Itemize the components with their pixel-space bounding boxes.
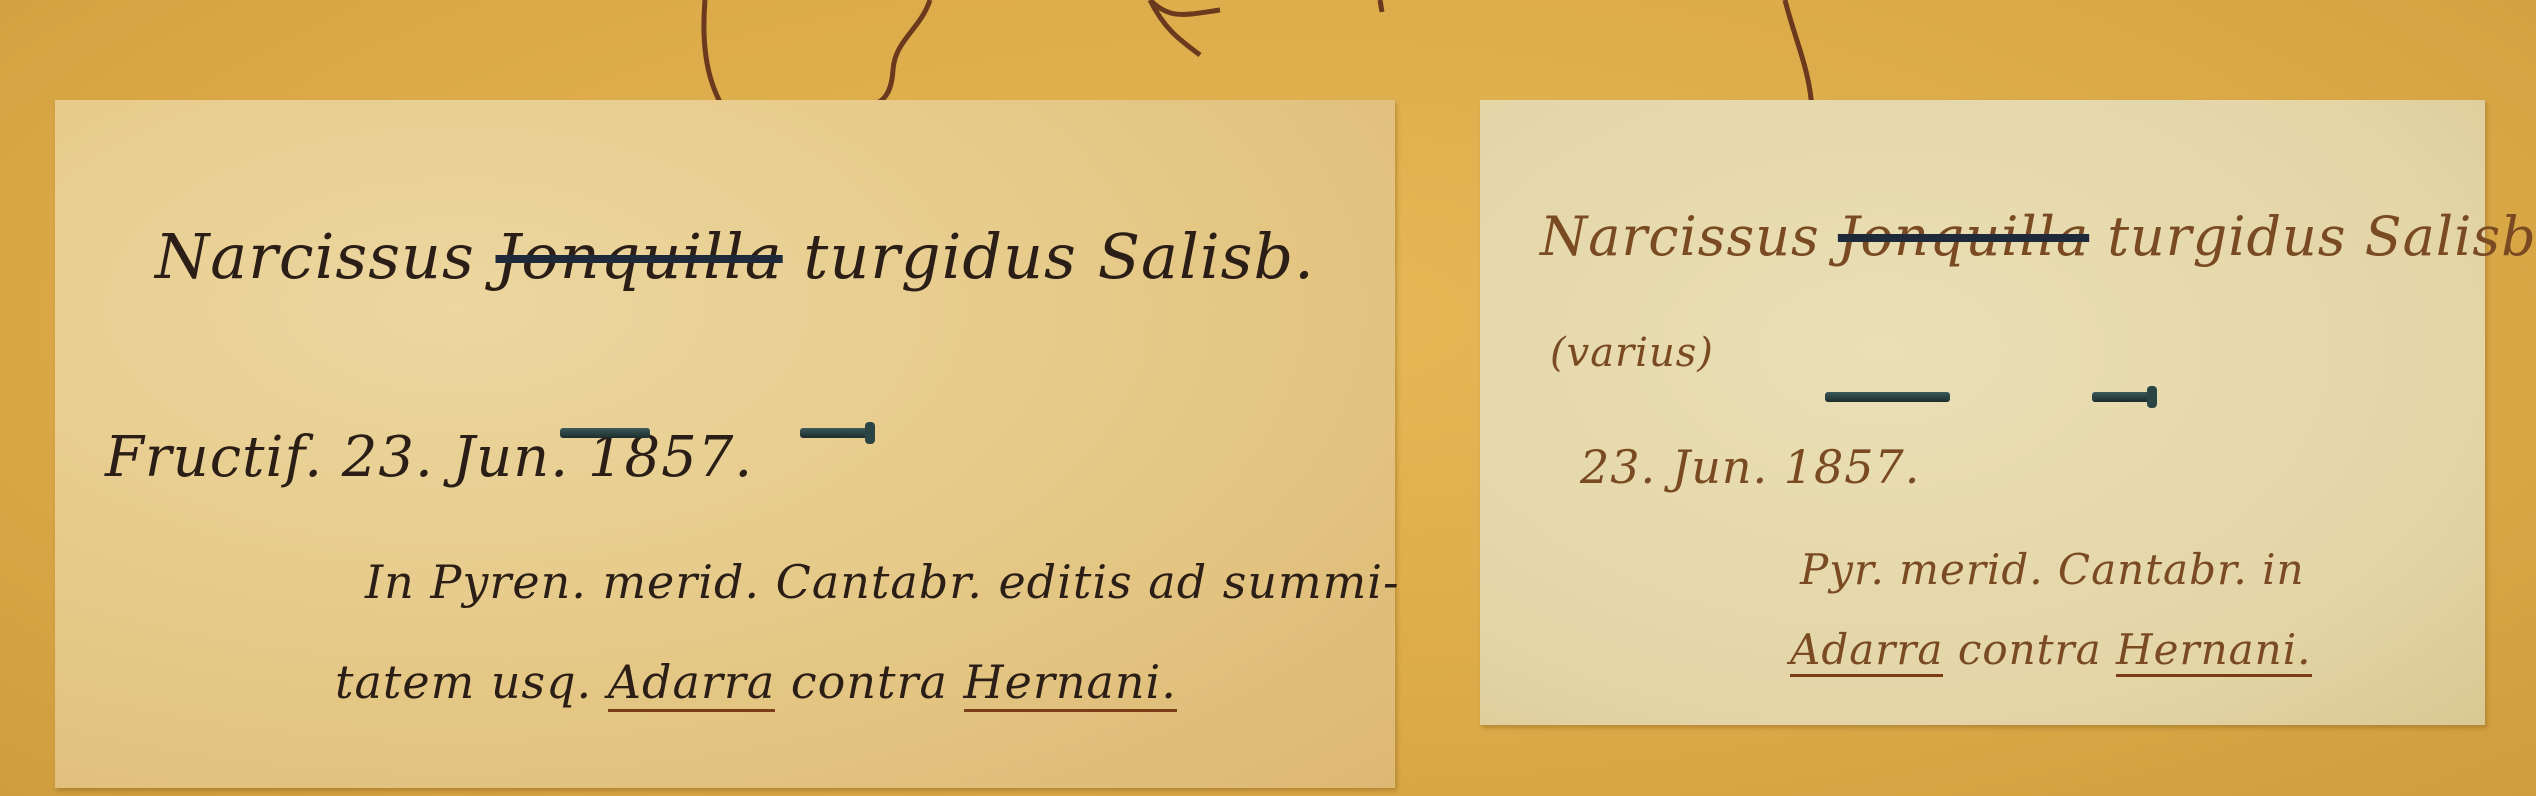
pin-head xyxy=(2147,386,2157,408)
locality-line-2: tatem usq. Adarra contra Hernani. xyxy=(335,655,1177,709)
herbarium-label-right: Narcissus Jonquilla turgidus Salisb. (va… xyxy=(1480,100,2485,725)
herbarium-label-left: Narcissus Jonquilla turgidus Salisb. Fru… xyxy=(55,100,1395,788)
pin-head xyxy=(865,422,875,444)
epithet-author-text: turgidus Salisb. xyxy=(803,220,1314,293)
taxon-name: Narcissus Jonquilla turgidus Salisb. xyxy=(155,220,1315,293)
locality-text: tatem usq. xyxy=(335,655,592,709)
collection-date: 23. Jun. 1857. xyxy=(1580,440,1920,494)
place-name-hernani: Hernani. xyxy=(2116,625,2311,677)
pin-shaft xyxy=(1825,392,1950,402)
pin-shaft xyxy=(2092,392,2152,402)
struck-epithet-text: Jonquilla xyxy=(496,220,783,293)
locality-line-2: Adarra contra Hernani. xyxy=(1790,625,2312,674)
genus-text: Narcissus xyxy=(1540,205,1820,268)
collection-date: Fructif. 23. Jun. 1857. xyxy=(105,425,753,490)
locality-text: contra xyxy=(791,655,948,709)
genus-text: Narcissus xyxy=(155,220,475,293)
place-name-adarra: Adarra xyxy=(608,655,776,712)
variety-note: (varius) xyxy=(1550,330,1714,376)
locality-text: contra xyxy=(1958,625,2102,674)
locality-line-1: Pyr. merid. Cantabr. in xyxy=(1800,545,2305,594)
place-name-adarra: Adarra xyxy=(1790,625,1943,677)
pin-shaft xyxy=(800,428,870,438)
taxon-name: Narcissus Jonquilla turgidus Salisb. xyxy=(1540,205,2536,268)
struck-epithet-text: Jonquilla xyxy=(1838,205,2089,268)
pin-shaft xyxy=(560,428,650,438)
locality-line-1: In Pyren. merid. Cantabr. editis ad summ… xyxy=(365,555,1399,609)
epithet-author-text: turgidus Salisb. xyxy=(2107,205,2536,268)
place-name-hernani: Hernani. xyxy=(964,655,1177,712)
